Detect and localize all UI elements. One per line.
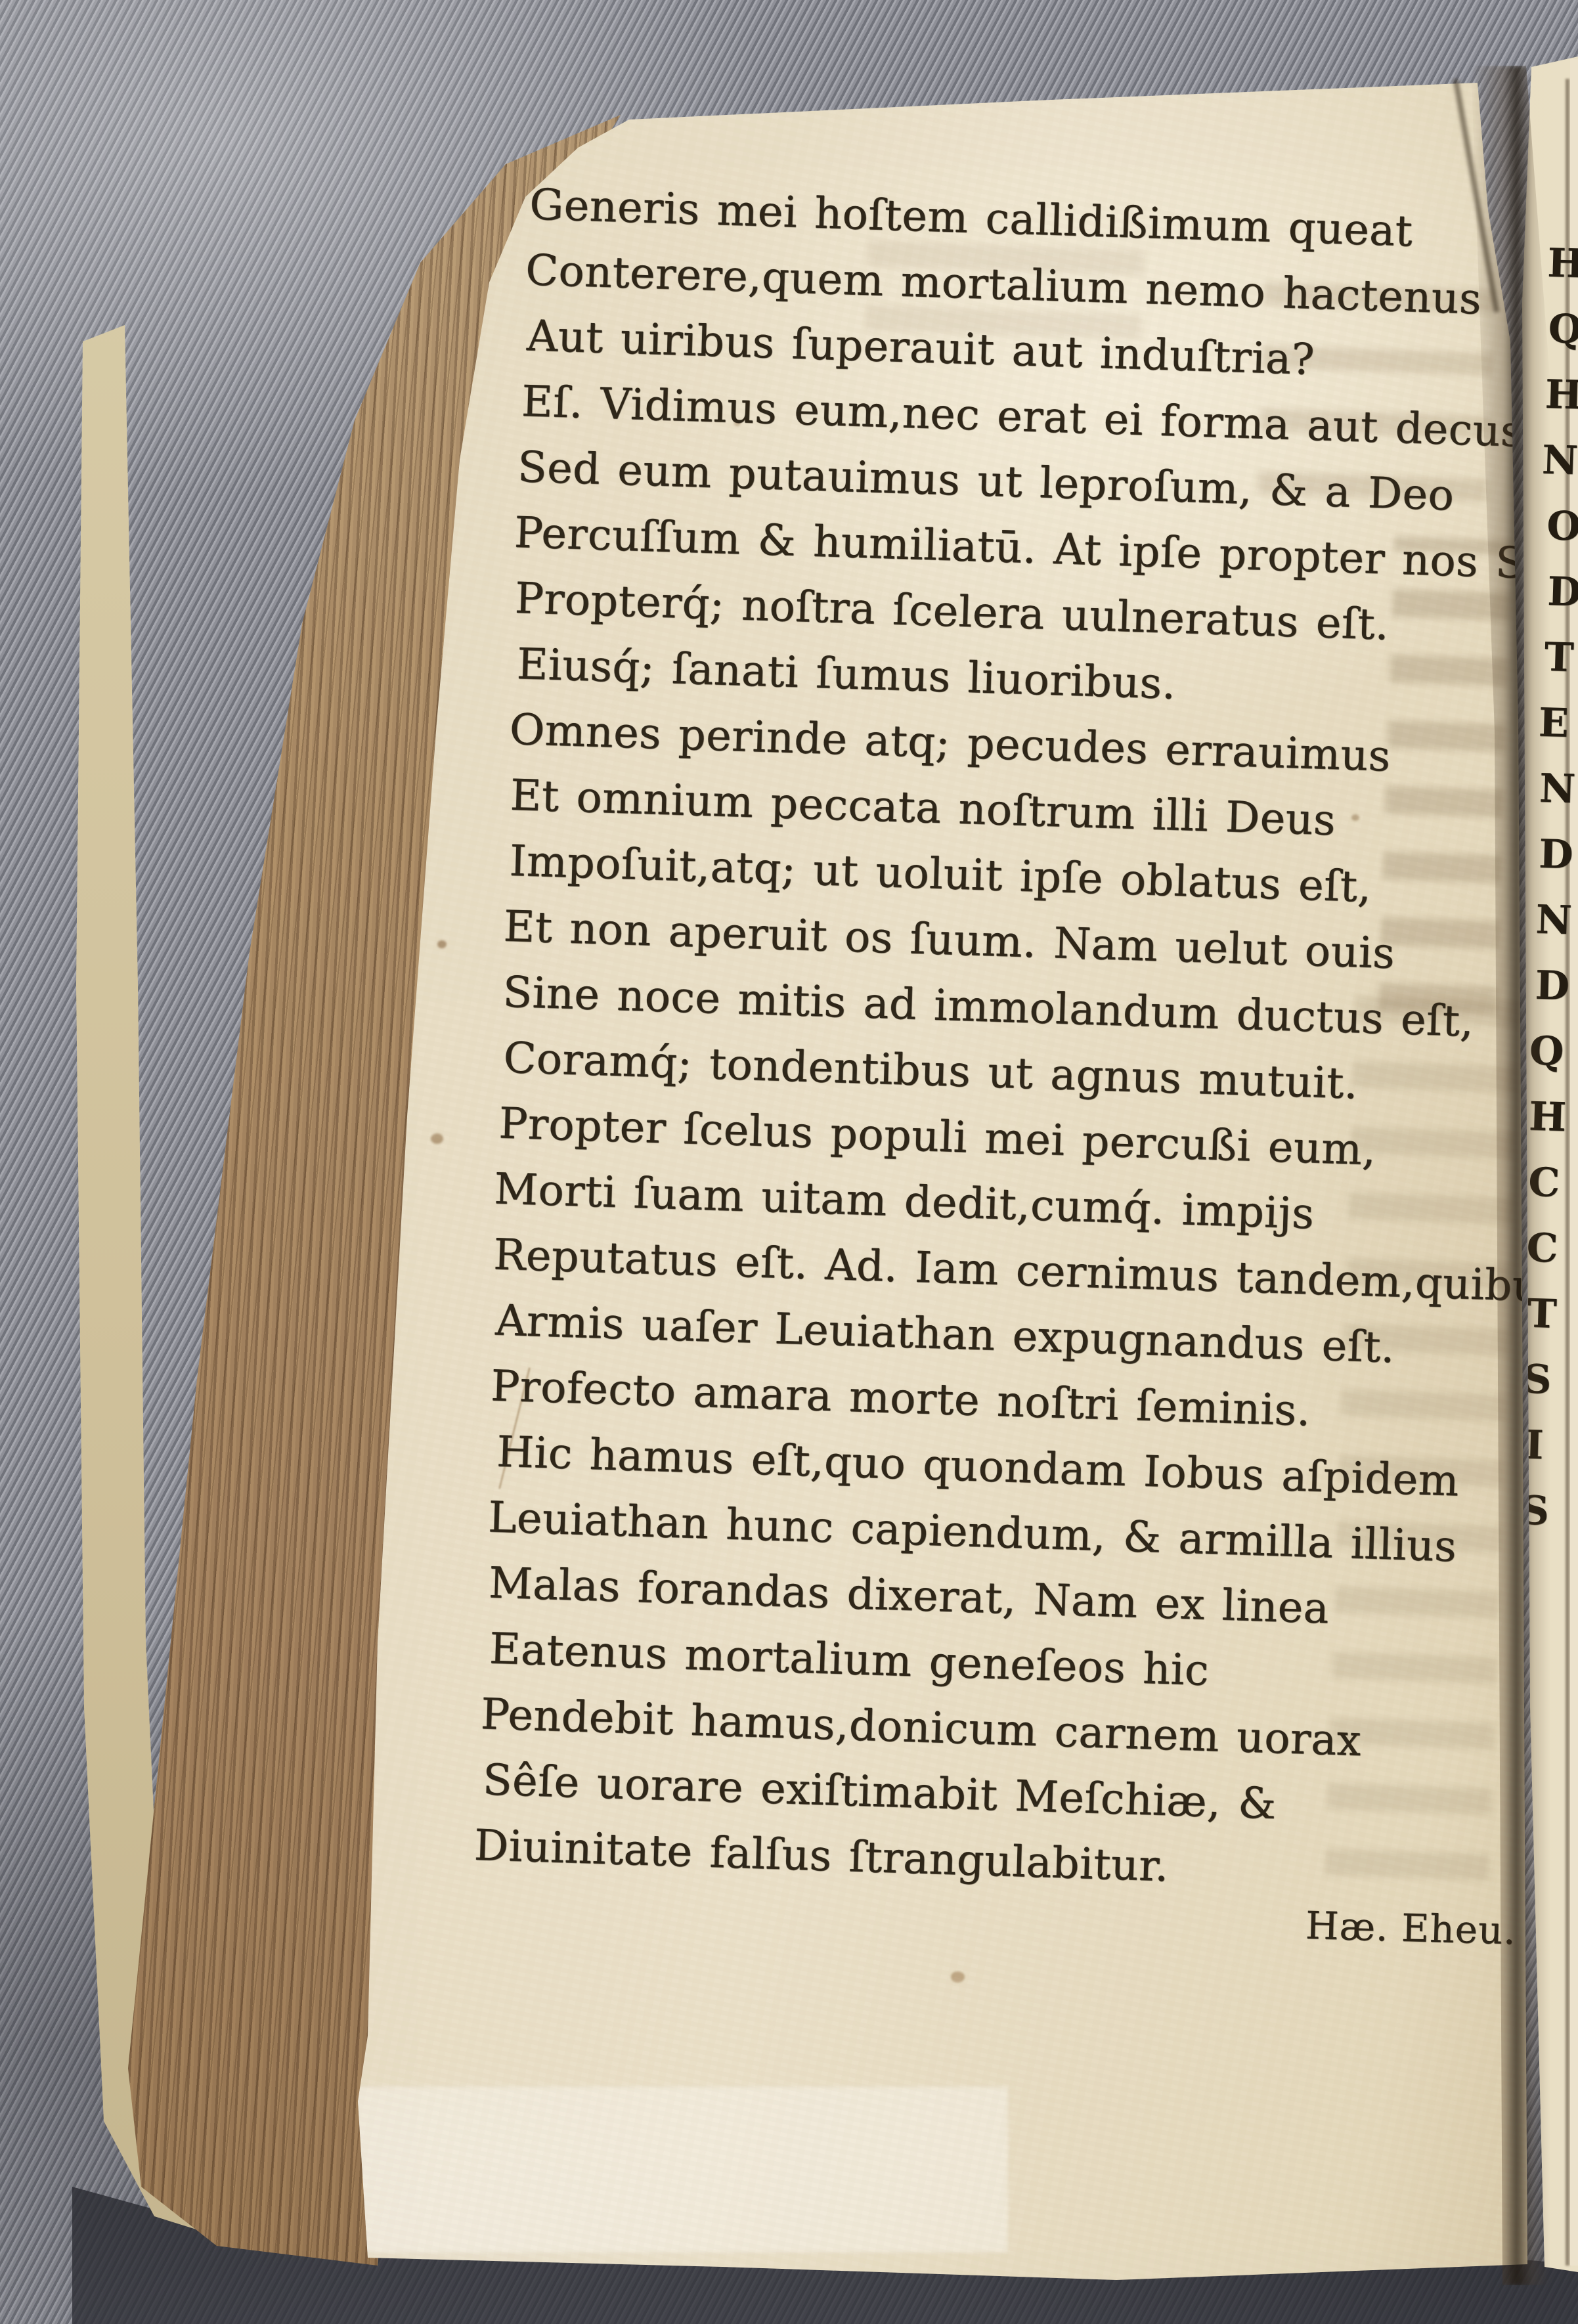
- facing-page-text-fragment: He.: [1546, 230, 1578, 298]
- text-line: Percuſſum & humiliatū. At ipſe propter n…: [514, 500, 1578, 600]
- light-exposure-patch: [299, 2087, 1008, 2252]
- foxing-spot: [1351, 814, 1359, 821]
- foxing-spot: [734, 420, 741, 426]
- foxing-spot: [431, 1133, 443, 1144]
- text-line: Malas forandas dixerat, Nam ex linea: [488, 1550, 1578, 1650]
- text-line: Aut uiribus ſuperauit aut induſtria?: [526, 303, 1578, 403]
- text-line: Eatenus mortalium geneſeos hic: [489, 1616, 1578, 1715]
- text-line: Diuinitate falſus ſtrangulabitur.: [473, 1813, 1573, 1912]
- text-line: Et omnium peccata noſtrum illi Deus: [509, 763, 1578, 862]
- text-line: Eiusq́; ſanati ſumus liuoribus.: [516, 632, 1578, 731]
- text-line: Hic hamus eſt,quo quondam Iobus aſpidem: [496, 1420, 1578, 1519]
- text-line: Eſ. Vidimus eum,nec erat ei forma aut de…: [521, 369, 1578, 468]
- poem-text-block: Generis mei hoſtem callidißimum queatCon…: [473, 172, 1578, 1912]
- facing-page-text-fragment: Qu: [1547, 296, 1578, 364]
- text-line: Propterq́; noſtra ſcelera uulneratus eſt…: [514, 566, 1578, 665]
- facing-page-text-fragment: O: [1546, 493, 1578, 561]
- ink-showthrough-smudge: [864, 212, 1145, 380]
- text-line: Leuiathan hunc capiendum, & armilla illi…: [487, 1485, 1578, 1584]
- paper-crease: [498, 1367, 531, 1489]
- catchword: Hæ. Eheu.: [1305, 1903, 1516, 1953]
- text-line: Propter ſcelus populi mei percußi eum,: [498, 1091, 1578, 1190]
- text-line: Profecto amara morte noſtri ſeminis.: [490, 1353, 1578, 1453]
- photo-open-antique-book: Generis mei hoſtem callidißimum queatCon…: [0, 0, 1578, 2324]
- ink-showthrough-smudge: [1256, 259, 1495, 542]
- facing-page-text-fragment: D: [1546, 559, 1578, 626]
- text-line: Impoſuit,atq; ut uoluit ipſe oblatus eſt…: [508, 829, 1578, 928]
- foxing-spot: [951, 1971, 965, 1983]
- foxing-spot: [437, 940, 447, 948]
- text-line: Et non aperuit os ſuum. Nam uelut ouis: [502, 894, 1578, 994]
- text-line: Armis uaſer Leuiathan expugnandus eſt.: [494, 1288, 1578, 1387]
- ink-showthrough-smudge: [1324, 996, 1520, 1920]
- text-line: Coramq́; tondentibus ut agnus mutuit.: [502, 1026, 1578, 1125]
- text-line: Sed eum putauimus ut leproſum, & a Deo: [517, 435, 1578, 534]
- text-line: Conterere,quem mortalium nemo hactenus: [525, 238, 1578, 337]
- text-line: Reputatus eſt. Ad. Iam cernimus tandem,q…: [493, 1222, 1578, 1321]
- text-line: Sine noce mitis ad immolandum ductus eſt…: [502, 960, 1578, 1059]
- text-line: Pendebit hamus,donicum carnem uorax: [480, 1682, 1577, 1781]
- text-line: Omnes perinde atq; pecudes errauimus: [509, 697, 1578, 797]
- text-line: Morti ſuam uitam dedit,cumq́. impijs: [493, 1156, 1578, 1256]
- text-line: Generis mei hoſtem callidißimum queat: [529, 172, 1578, 271]
- text-line: Sêſe uorare exiſtimabit Meſchiæ, &: [482, 1747, 1575, 1847]
